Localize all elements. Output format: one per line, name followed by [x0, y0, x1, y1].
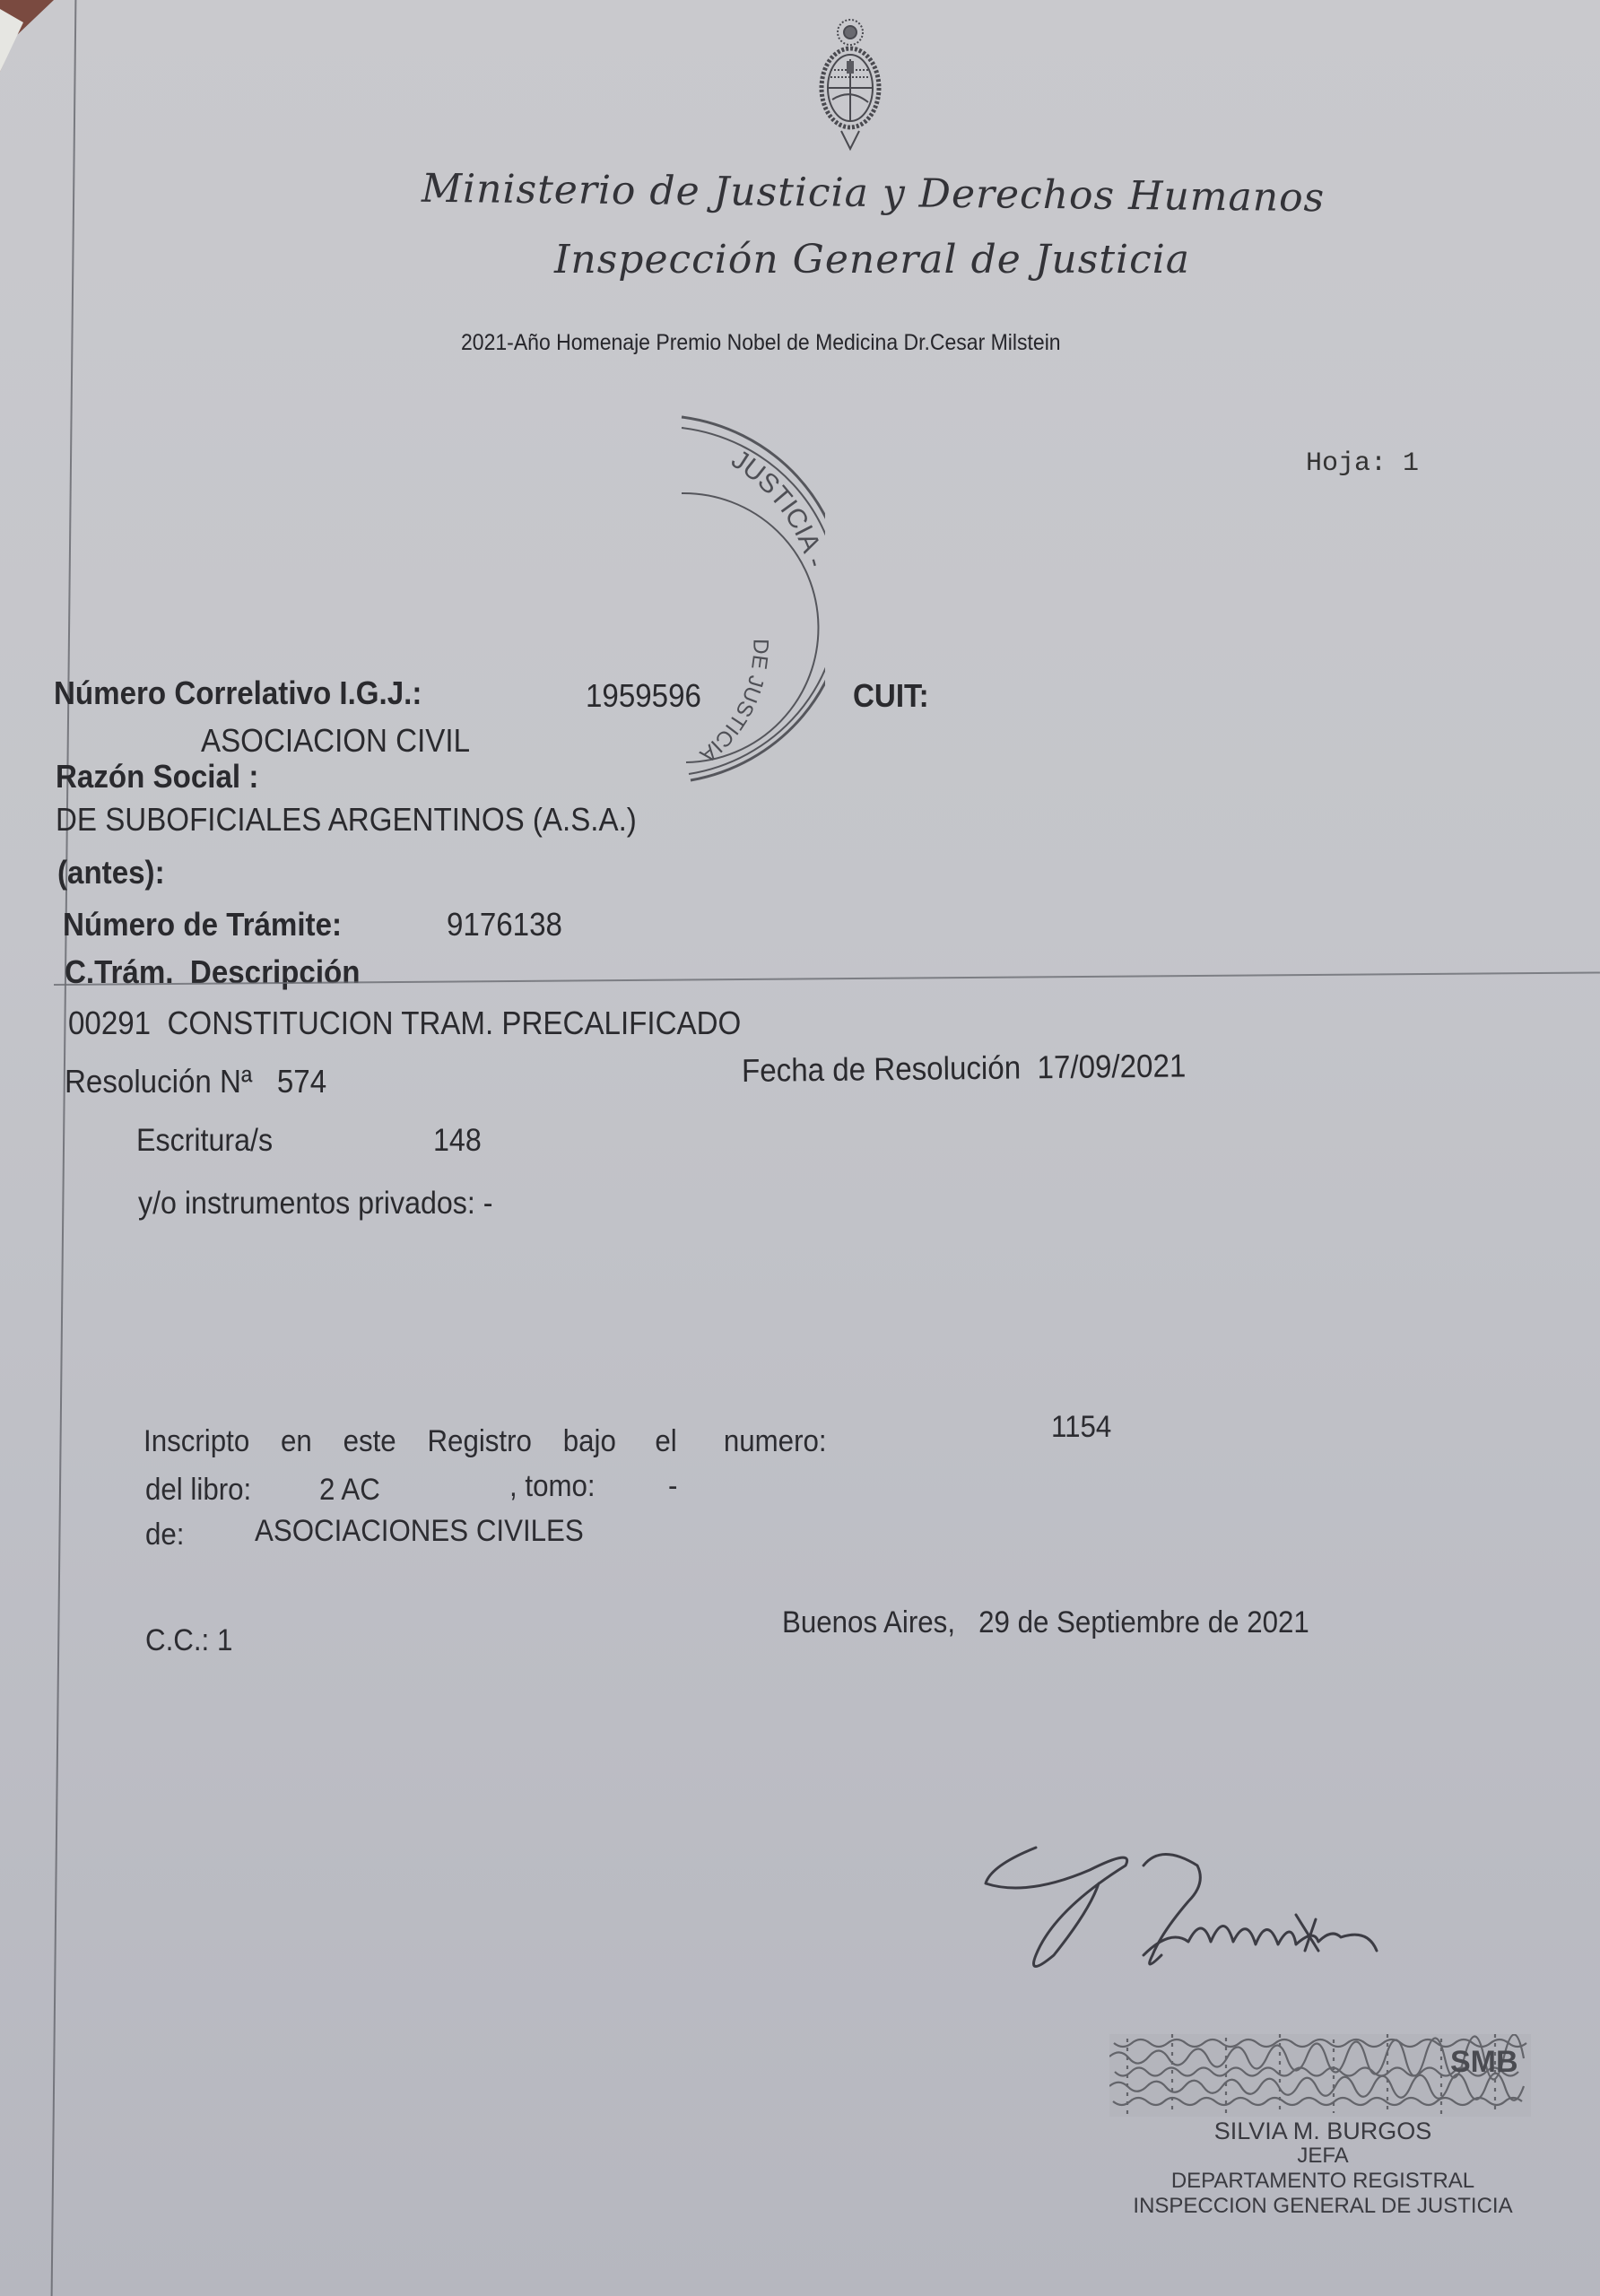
correlativo-label: Número Correlativo I.G.J.:	[54, 674, 422, 712]
libro-label: del libro:	[145, 1473, 251, 1508]
row-code: 00291	[68, 1004, 151, 1041]
resolucion-label: Resolución Nª	[65, 1063, 252, 1100]
sheet-value: 1	[1403, 448, 1419, 479]
registro-word: en	[281, 1424, 312, 1458]
sheet-number: Hoja: 1	[1306, 448, 1419, 479]
agency-title: Inspección General de Justicia	[554, 237, 1190, 283]
antes-label: (antes):	[57, 854, 165, 891]
row-description: CONSTITUCION TRAM. PRECALIFICADO	[168, 1004, 742, 1041]
seal-stamp-icon: JUSTICIA - DE JUSTICIA	[646, 408, 825, 785]
signer-stamp-texture-icon: SMB	[1109, 2034, 1531, 2117]
signer-role: JEFA	[1112, 2144, 1534, 2169]
registro-sentence: Inscripto en este Registro bajo el numer…	[143, 1424, 827, 1459]
date: 29 de Septiembre de 2021	[978, 1605, 1309, 1639]
escrituras-value: 148	[433, 1123, 482, 1159]
resolucion-field: Resolución Nª 574	[65, 1063, 326, 1100]
place-date: Buenos Aires, 29 de Septiembre de 2021	[782, 1605, 1309, 1640]
signer-department: DEPARTAMENTO REGISTRAL	[1112, 2169, 1534, 2194]
signer-block: SILVIA M. BURGOS JEFA DEPARTAMENTO REGIS…	[1112, 2118, 1534, 2219]
sheet-label: Hoja:	[1306, 448, 1387, 479]
signer-institution: INSPECCION GENERAL DE JUSTICIA	[1112, 2194, 1534, 2219]
registro-word: el	[655, 1424, 676, 1458]
correlativo-value: 1959596	[586, 677, 701, 715]
razon-social-line1: ASOCIACION CIVIL	[201, 722, 470, 760]
tomo-value: -	[668, 1469, 677, 1504]
registro-word: Inscripto	[143, 1424, 249, 1458]
page-margin-line	[51, 0, 77, 2296]
photo-background-corner	[0, 0, 54, 81]
handwritten-signature	[982, 1830, 1484, 1973]
registro-word: Registro	[427, 1424, 531, 1458]
tramite-number-value: 9176138	[447, 906, 562, 944]
escrituras-label: Escritura/s	[136, 1123, 273, 1159]
registro-word: este	[343, 1424, 396, 1458]
place: Buenos Aires,	[782, 1605, 955, 1639]
registro-numero: 1154	[1051, 1410, 1111, 1445]
cuit-label: CUIT:	[853, 677, 929, 715]
fecha-resolucion-label: Fecha de Resolución	[742, 1048, 1022, 1089]
tramite-table-header: C.Trám. Descripción	[65, 953, 360, 991]
signer-name: SILVIA M. BURGOS	[1112, 2118, 1534, 2144]
ministry-title: Ministerio de Justicia y Derechos Humano…	[422, 166, 1326, 222]
registro-word: numero:	[724, 1424, 827, 1458]
cc-label: C.C.:	[145, 1623, 209, 1657]
column-header-description: Descripción	[190, 953, 361, 990]
fecha-resolucion-field: Fecha de Resolución 17/09/2021	[742, 1047, 1187, 1090]
tomo-label: , tomo:	[509, 1469, 596, 1504]
instrumentos-value: -	[483, 1186, 493, 1221]
razon-social-label: Razón Social :	[56, 758, 258, 796]
argentina-coat-of-arms-icon	[805, 14, 895, 158]
de-label: de:	[145, 1518, 184, 1552]
resolucion-value: 574	[277, 1063, 326, 1100]
de-value: ASOCIACIONES CIVILES	[255, 1514, 584, 1549]
cc-field: C.C.: 1	[145, 1623, 232, 1658]
razon-social-line2: DE SUBOFICIALES ARGENTINOS (A.S.A.)	[56, 801, 637, 839]
tramite-number-label: Número de Trámite:	[63, 906, 342, 944]
cc-value: 1	[217, 1623, 232, 1657]
svg-text:SMB: SMB	[1450, 2045, 1518, 2079]
libro-value: 2 AC	[319, 1473, 380, 1508]
registro-word: bajo	[563, 1424, 616, 1458]
instrumentos-label: y/o instrumentos privados:	[138, 1186, 475, 1221]
table-row: 00291 CONSTITUCION TRAM. PRECALIFICADO	[68, 1004, 741, 1042]
instrumentos-field: y/o instrumentos privados: -	[138, 1186, 493, 1222]
year-motto: 2021-Año Homenaje Premio Nobel de Medici…	[461, 330, 1061, 356]
fecha-resolucion-value: 17/09/2021	[1037, 1047, 1186, 1085]
svg-text:DE JUSTICIA: DE JUSTICIA	[695, 639, 772, 768]
